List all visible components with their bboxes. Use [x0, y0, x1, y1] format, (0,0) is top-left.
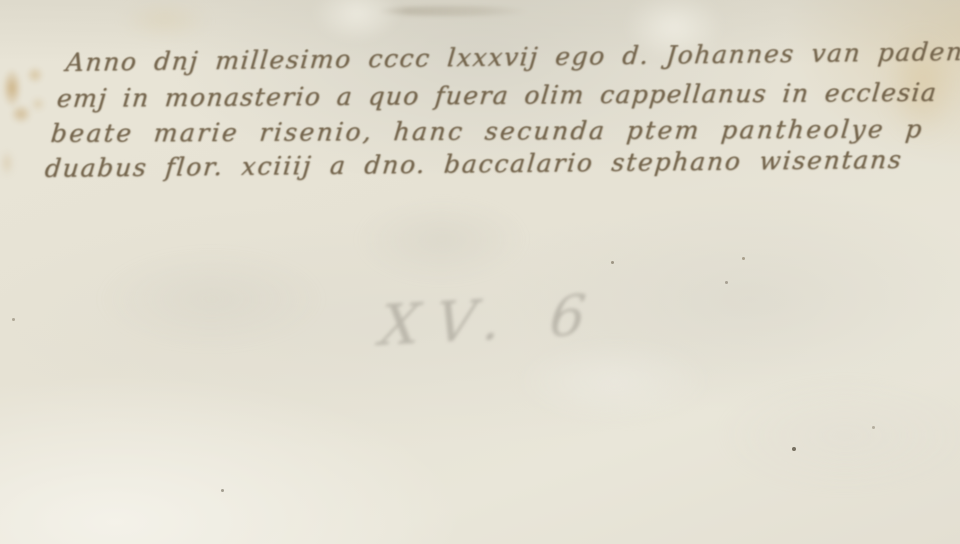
photo-vignette	[0, 0, 960, 544]
manuscript-photo: Anno dnj millesimo cccc lxxxvij ego d. J…	[0, 0, 960, 544]
